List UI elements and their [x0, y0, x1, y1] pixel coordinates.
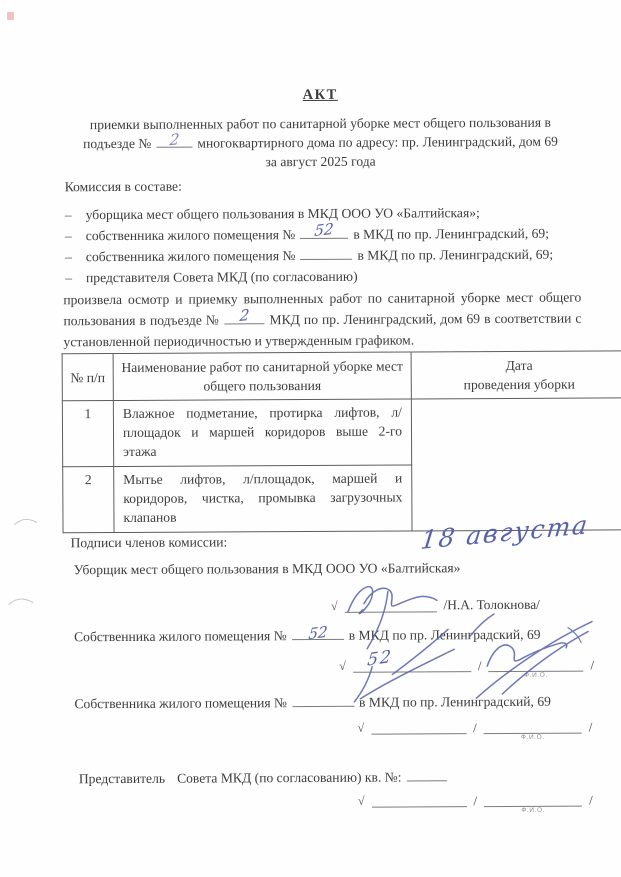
check-mark: √ [331, 600, 338, 613]
owner1-pre: Собственника жилого помещения № [74, 628, 287, 644]
cleaning-date-handwritten: 18 августа [420, 515, 591, 550]
member-pre: собственника жилого помещения № [86, 248, 296, 264]
apartment-number-blank-empty [300, 246, 352, 260]
commission-members-list: – уборщика мест общего пользования в МКД… [65, 202, 581, 289]
check-mark: √ [339, 660, 346, 673]
header-work: Наименование работ по санитарной уборке … [113, 352, 411, 401]
fio-label: Ф.И.О. [521, 734, 545, 741]
rep-word1: Представитель [79, 771, 165, 786]
header-date-line1: Дата [418, 355, 621, 375]
entrance-number-blank-2: 2 [224, 310, 264, 324]
fio-label: Ф.И.О. [524, 672, 548, 679]
slash-separator: / [589, 794, 593, 807]
slash-separator: / [590, 659, 594, 672]
slash-separator: / [478, 659, 482, 672]
intro-line-2: подъезде №2многоквартирного дома по адре… [58, 132, 582, 154]
row-work: Мытье лифтов, л/площадок, маршей и корид… [114, 465, 412, 533]
header-num: № п/п [62, 354, 113, 401]
list-item: – представителя Совета МКД (по согласова… [65, 265, 581, 289]
check-mark: √ [358, 795, 365, 808]
member-text: представителя Совета МКД (по согласовани… [86, 266, 358, 288]
intro-line-2-pre: подъезде № [83, 136, 151, 151]
document-title: АКТ [64, 85, 576, 106]
slash-separator: / [589, 721, 593, 734]
representative-label: ПредставительСовета МКД (по согласованию… [79, 767, 452, 787]
cleaner-name: /Н.А. Толокнова/ [443, 598, 539, 613]
member-post: в МКД по пр. Ленинградский, 69; [353, 226, 549, 242]
margin-pencil-arc [14, 519, 36, 524]
slash-separator: / [473, 721, 477, 734]
member-post: в МКД по пр. Ленинградский, 69; [357, 247, 553, 263]
rep-word2: Совета МКД (по согласованию) кв. №: [177, 770, 402, 786]
name-line: Ф.И.О. [484, 719, 582, 735]
date-cell: 18 августа [411, 398, 621, 531]
row-work: Влажное подметание, протирка лифтов, л/п… [113, 399, 411, 467]
margin-pencil-arc [9, 599, 33, 605]
signature-row-representative: √ / Ф.И.О. / [358, 792, 593, 808]
table-row: 1 Влажное подметание, протирка лифтов, л… [62, 398, 621, 467]
owner2-apartment-blank [292, 693, 354, 707]
rep-apartment-blank [406, 767, 446, 781]
member-pre: собственника жилого помещения № [86, 227, 296, 243]
entrance-number-handwritten: 2 [169, 130, 180, 150]
table-header-row: № п/п Наименование работ по санитарной у… [62, 351, 621, 401]
intro-line-2-post: многоквартирного дома по адресу: пр. Лен… [197, 134, 558, 151]
intro-paragraph: приемки выполненных работ по санитарной … [58, 113, 582, 173]
apartment-number-handwritten: 52 [314, 219, 335, 242]
owner1-signature-number-handwritten: 52 [366, 647, 393, 671]
signature-row-owner2: √ / Ф.И.О. / [358, 719, 593, 735]
acceptance-paragraph: произвела осмотр и приемку выполненных р… [63, 287, 581, 353]
member-text: собственника жилого помещения №52в МКД п… [86, 223, 549, 246]
list-item: – собственника жилого помещения №52в МКД… [65, 223, 581, 247]
apartment-number-blank: 52 [300, 225, 348, 239]
member-text: собственника жилого помещения №в МКД по … [86, 244, 553, 267]
dash-bullet: – [65, 246, 72, 267]
title-text: АКТ [303, 87, 338, 103]
dash-bullet: – [65, 267, 72, 288]
owner2-pre: Собственника жилого помещения № [74, 695, 287, 711]
dash-bullet: – [65, 204, 72, 225]
slash-separator: / [474, 794, 478, 807]
dash-bullet: – [65, 225, 72, 246]
signature-line [344, 597, 436, 612]
signatures-heading: Подписи членов комиссии: [71, 534, 228, 551]
signature-line [371, 792, 466, 807]
list-item: – собственника жилого помещения №в МКД п… [65, 244, 581, 268]
member-text: уборщика мест общего пользования в МКД О… [86, 202, 480, 225]
commission-heading: Комиссия в составе: [65, 179, 182, 196]
entrance-number-handwritten-2: 2 [239, 305, 251, 327]
entrance-number-blank: 2 [156, 134, 192, 148]
row-num: 1 [62, 401, 113, 467]
works-table: № п/п Наименование работ по санитарной у… [62, 350, 621, 533]
row-num: 2 [63, 467, 114, 533]
owner1-post: в МКД по пр. Ленинградский, 69 [349, 627, 541, 643]
trailing-pen-mark [568, 628, 581, 643]
fio-label: Ф.И.О. [521, 807, 545, 814]
owner1-label: Собственника жилого помещения №52в МКД п… [74, 625, 541, 645]
intro-line-3: за август 2025 года [59, 151, 583, 173]
scanned-act-document: АКТ приемки выполненных работ по санитар… [0, 0, 621, 877]
owner2-label: Собственника жилого помещения №в МКД по … [74, 692, 551, 712]
name-line: Ф.И.О. [488, 657, 583, 672]
name-line: Ф.И.О. [484, 792, 582, 808]
signature-row-cleaner: √ /Н.А. Толокнова/ [331, 597, 540, 613]
header-date-line2: проведения уборки [418, 374, 621, 394]
owner1-apartment-blank: 52 [292, 626, 344, 640]
document-body: АКТ приемки выполненных работ по санитар… [0, 0, 621, 877]
owner2-post: в МКД по пр. Ленинградский, 69 [359, 694, 551, 710]
owner1-apartment-handwritten: 52 [307, 623, 328, 643]
check-mark: √ [358, 722, 365, 735]
cleaner-label: Уборщик мест общего пользования в МКД ОО… [74, 560, 461, 578]
signature-line [371, 719, 466, 734]
header-date: Дата проведения уборки [411, 351, 621, 399]
